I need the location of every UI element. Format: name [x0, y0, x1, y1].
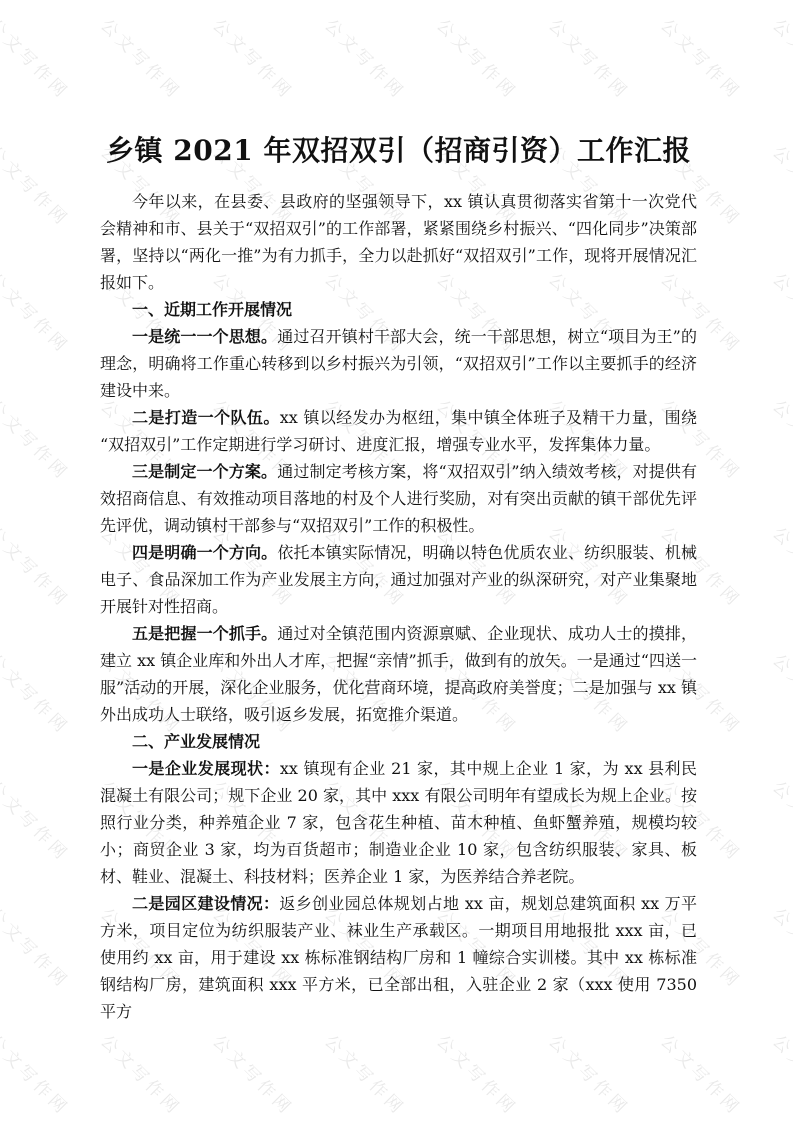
paragraph: 一是企业发展现状：xx 镇现有企业 21 家，其中规上企业 1 家，为 xx 县… — [100, 755, 697, 890]
paragraph-lead: 五是把握一个抓手。 — [132, 624, 277, 643]
watermark-text: 公文写作网 — [208, 1028, 300, 1120]
document-body: 今年以来，在县委、县政府的坚强领导下，xx 镇认真贯彻落实省第十一次党代会精神和… — [100, 188, 697, 1025]
paragraph-lead: 一是企业发展现状： — [132, 759, 280, 778]
paragraph-lead: 四是明确一个方向。 — [132, 543, 277, 562]
paragraph: 五是把握一个抓手。通过对全镇范围内资源禀赋、企业现状、成功人士的摸排，建立 xx… — [100, 620, 697, 728]
paragraph-text: 二、产业发展情况 — [132, 732, 260, 751]
watermark-text: 公文写作网 — [320, 1028, 412, 1120]
paragraph-text: 返乡创业园总体规划占地 xx 亩，规划总建筑面积 xx 万平方米，项目定位为纺织… — [100, 894, 697, 1021]
paragraph: 一是统一一个思想。通过召开镇村干部大会，统一干部思想，树立“项目为王”的理念，明… — [100, 323, 697, 404]
paragraph: 三是制定一个方案。通过制定考核方案，将“双招双引”纳入绩效考核，对提供有效招商信… — [100, 458, 697, 539]
watermark-text: 公文写作网 — [432, 1028, 524, 1120]
paragraph-lead: 三是制定一个方案。 — [132, 462, 277, 481]
section-heading: 二、产业发展情况 — [100, 728, 697, 755]
watermark-text: 公文写作网 — [768, 1028, 793, 1120]
paragraph-text: 一、近期工作开展情况 — [132, 300, 292, 319]
watermark-text: 公文写作网 — [96, 1028, 188, 1120]
paragraph: 二是园区建设情况：返乡创业园总体规划占地 xx 亩，规划总建筑面积 xx 万平方… — [100, 890, 697, 1025]
section-heading: 一、近期工作开展情况 — [100, 296, 697, 323]
paragraph: 今年以来，在县委、县政府的坚强领导下，xx 镇认真贯彻落实省第十一次党代会精神和… — [100, 188, 697, 296]
paragraph: 二是打造一个队伍。xx 镇以经发办为枢纽，集中镇全体班子及精干力量，围绕“双招双… — [100, 404, 697, 458]
watermark-text: 公文写作网 — [544, 1028, 636, 1120]
document-title: 乡镇 2021 年双招双引（招商引资）工作汇报 — [100, 130, 697, 172]
watermark-text: 公文写作网 — [0, 1028, 76, 1120]
document-content: 乡镇 2021 年双招双引（招商引资）工作汇报 今年以来，在县委、县政府的坚强领… — [0, 0, 793, 1025]
document-page: 公文写作网公文写作网公文写作网公文写作网公文写作网公文写作网公文写作网公文写作网… — [0, 0, 793, 1122]
paragraph-lead: 二是打造一个队伍。 — [132, 408, 280, 427]
paragraph-text: xx 镇现有企业 21 家，其中规上企业 1 家，为 xx 县利民混凝土有限公司… — [100, 759, 697, 886]
paragraph-lead: 一是统一一个思想。 — [132, 327, 277, 346]
paragraph-text: 今年以来，在县委、县政府的坚强领导下，xx 镇认真贯彻落实省第十一次党代会精神和… — [100, 192, 697, 292]
paragraph: 四是明确一个方向。依托本镇实际情况，明确以特色优质农业、纺织服装、机械电子、食品… — [100, 539, 697, 620]
paragraph-lead: 二是园区建设情况： — [132, 894, 279, 913]
watermark-text: 公文写作网 — [656, 1028, 748, 1120]
